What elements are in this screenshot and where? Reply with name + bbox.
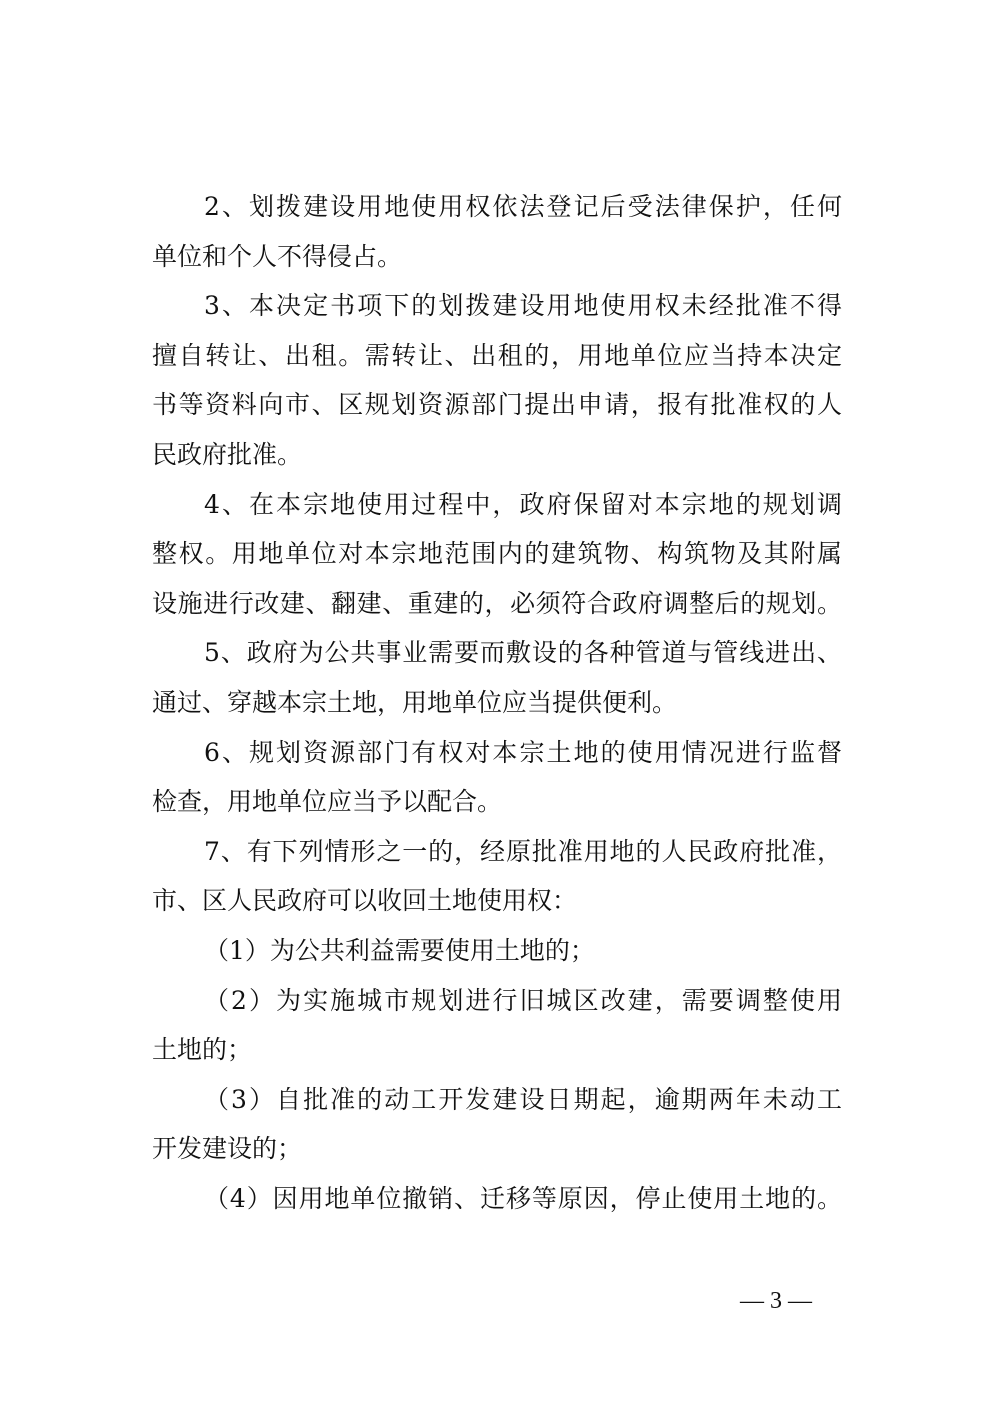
paragraph-5: 5、政府为公共事业需要而敷设的各种管道与管线进出、 通过、穿越本宗土地，用地单位… bbox=[152, 628, 842, 727]
paragraph-line: 民政府批准。 bbox=[152, 430, 842, 480]
paragraph-line: 检查，用地单位应当予以配合。 bbox=[152, 777, 842, 827]
document-body: 2、划拨建设用地使用权依法登记后受法律保护，任何 单位和个人不得侵占。 3、本决… bbox=[152, 182, 842, 1223]
paragraph-line: 整权。用地单位对本宗地范围内的建筑物、构筑物及其附属 bbox=[152, 529, 842, 579]
paragraph-line: 擅自转让、出租。需转让、出租的，用地单位应当持本决定 bbox=[152, 331, 842, 381]
paragraph-2: 2、划拨建设用地使用权依法登记后受法律保护，任何 单位和个人不得侵占。 bbox=[152, 182, 842, 281]
paragraph-line: 通过、穿越本宗土地，用地单位应当提供便利。 bbox=[152, 678, 842, 728]
list-item-line: （1）为公共利益需要使用土地的； bbox=[152, 926, 842, 976]
paragraph-7: 7、有下列情形之一的，经原批准用地的人民政府批准， 市、区人民政府可以收回土地使… bbox=[152, 827, 842, 926]
paragraph-4: 4、在本宗地使用过程中，政府保留对本宗地的规划调 整权。用地单位对本宗地范围内的… bbox=[152, 480, 842, 629]
paragraph-line: 5、政府为公共事业需要而敷设的各种管道与管线进出、 bbox=[152, 628, 842, 678]
document-page: 2、划拨建设用地使用权依法登记后受法律保护，任何 单位和个人不得侵占。 3、本决… bbox=[0, 0, 992, 1403]
list-item-line: （4）因用地单位撤销、迁移等原因，停止使用土地的。 bbox=[152, 1174, 842, 1224]
list-item-1: （1）为公共利益需要使用土地的； bbox=[152, 926, 842, 976]
list-item-2: （2）为实施城市规划进行旧城区改建，需要调整使用 土地的； bbox=[152, 976, 842, 1075]
paragraph-line: 7、有下列情形之一的，经原批准用地的人民政府批准， bbox=[152, 827, 842, 877]
list-item-4: （4）因用地单位撤销、迁移等原因，停止使用土地的。 bbox=[152, 1174, 842, 1224]
paragraph-line: 书等资料向市、区规划资源部门提出申请，报有批准权的人 bbox=[152, 380, 842, 430]
paragraph-3: 3、本决定书项下的划拨建设用地使用权未经批准不得 擅自转让、出租。需转让、出租的… bbox=[152, 281, 842, 479]
paragraph-line: 设施进行改建、翻建、重建的，必须符合政府调整后的规划。 bbox=[152, 579, 842, 629]
page-number: — 3 — bbox=[730, 1286, 822, 1316]
list-item-line: 土地的； bbox=[152, 1025, 842, 1075]
paragraph-line: 市、区人民政府可以收回土地使用权： bbox=[152, 876, 842, 926]
list-item-line: （3）自批准的动工开发建设日期起，逾期两年未动工 bbox=[152, 1075, 842, 1125]
list-item-line: 开发建设的； bbox=[152, 1124, 842, 1174]
list-item-line: （2）为实施城市规划进行旧城区改建，需要调整使用 bbox=[152, 976, 842, 1026]
paragraph-line: 单位和个人不得侵占。 bbox=[152, 232, 842, 282]
paragraph-line: 2、划拨建设用地使用权依法登记后受法律保护，任何 bbox=[152, 182, 842, 232]
paragraph-line: 6、规划资源部门有权对本宗土地的使用情况进行监督 bbox=[152, 728, 842, 778]
paragraph-line: 3、本决定书项下的划拨建设用地使用权未经批准不得 bbox=[152, 281, 842, 331]
paragraph-6: 6、规划资源部门有权对本宗土地的使用情况进行监督 检查，用地单位应当予以配合。 bbox=[152, 728, 842, 827]
list-item-3: （3）自批准的动工开发建设日期起，逾期两年未动工 开发建设的； bbox=[152, 1075, 842, 1174]
paragraph-line: 4、在本宗地使用过程中，政府保留对本宗地的规划调 bbox=[152, 480, 842, 530]
